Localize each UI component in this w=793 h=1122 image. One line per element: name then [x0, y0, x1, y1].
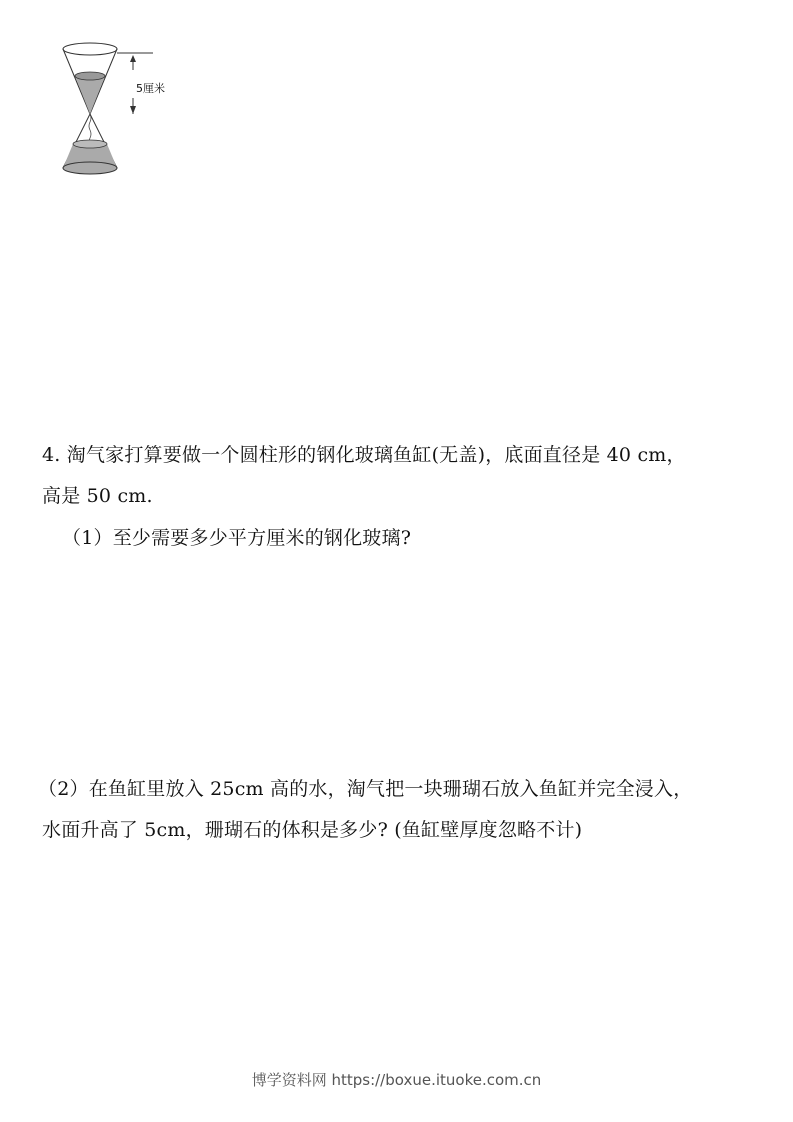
hourglass-diagram — [58, 40, 168, 180]
question-4-part-2-line-2: 水面升高了 5cm，珊瑚石的体积是多少? (鱼缸壁厚度忽略不计) — [42, 816, 582, 844]
question-4-part-2-line-1: （2）在鱼缸里放入 25cm 高的水，淘气把一块珊瑚石放入鱼缸并完全浸入， — [38, 775, 692, 803]
footer-watermark: 博学资料网 https://boxue.ituoke.com.cn — [0, 1069, 793, 1090]
question-4-line-1: 4. 淘气家打算要做一个圆柱形的钢化玻璃鱼缸(无盖)，底面直径是 40 cm， — [42, 441, 686, 469]
height-label: 5厘米 — [136, 80, 165, 96]
question-4-part-1: （1）至少需要多少平方厘米的钢化玻璃? — [62, 524, 411, 552]
question-4-line-2: 高是 50 cm. — [42, 482, 153, 510]
hourglass-figure: 5厘米 — [58, 40, 168, 180]
